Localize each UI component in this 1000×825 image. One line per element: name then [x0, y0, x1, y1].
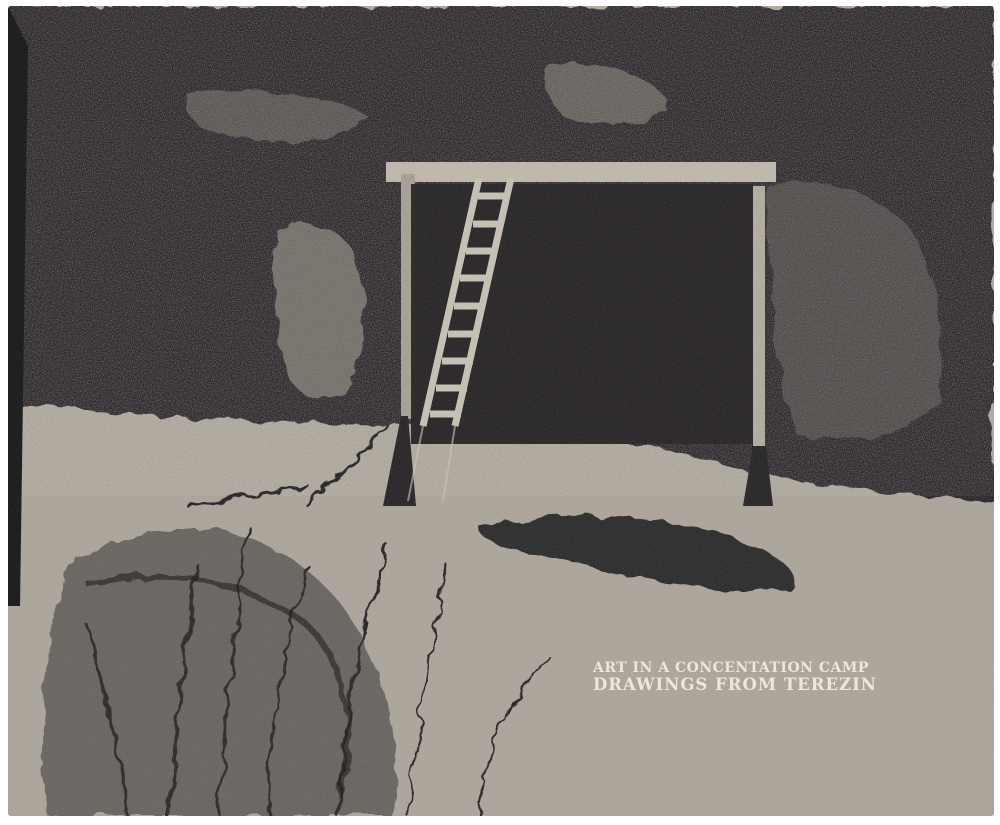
book-cover: ART IN A CONCENTATION CAMP DRAWINGS FROM… [8, 6, 994, 816]
title-line-2: DRAWINGS FROM TEREZIN [593, 676, 877, 695]
title-line-1: ART IN A CONCENTATION CAMP [593, 660, 877, 676]
cover-title: ART IN A CONCENTATION CAMP DRAWINGS FROM… [593, 660, 877, 695]
